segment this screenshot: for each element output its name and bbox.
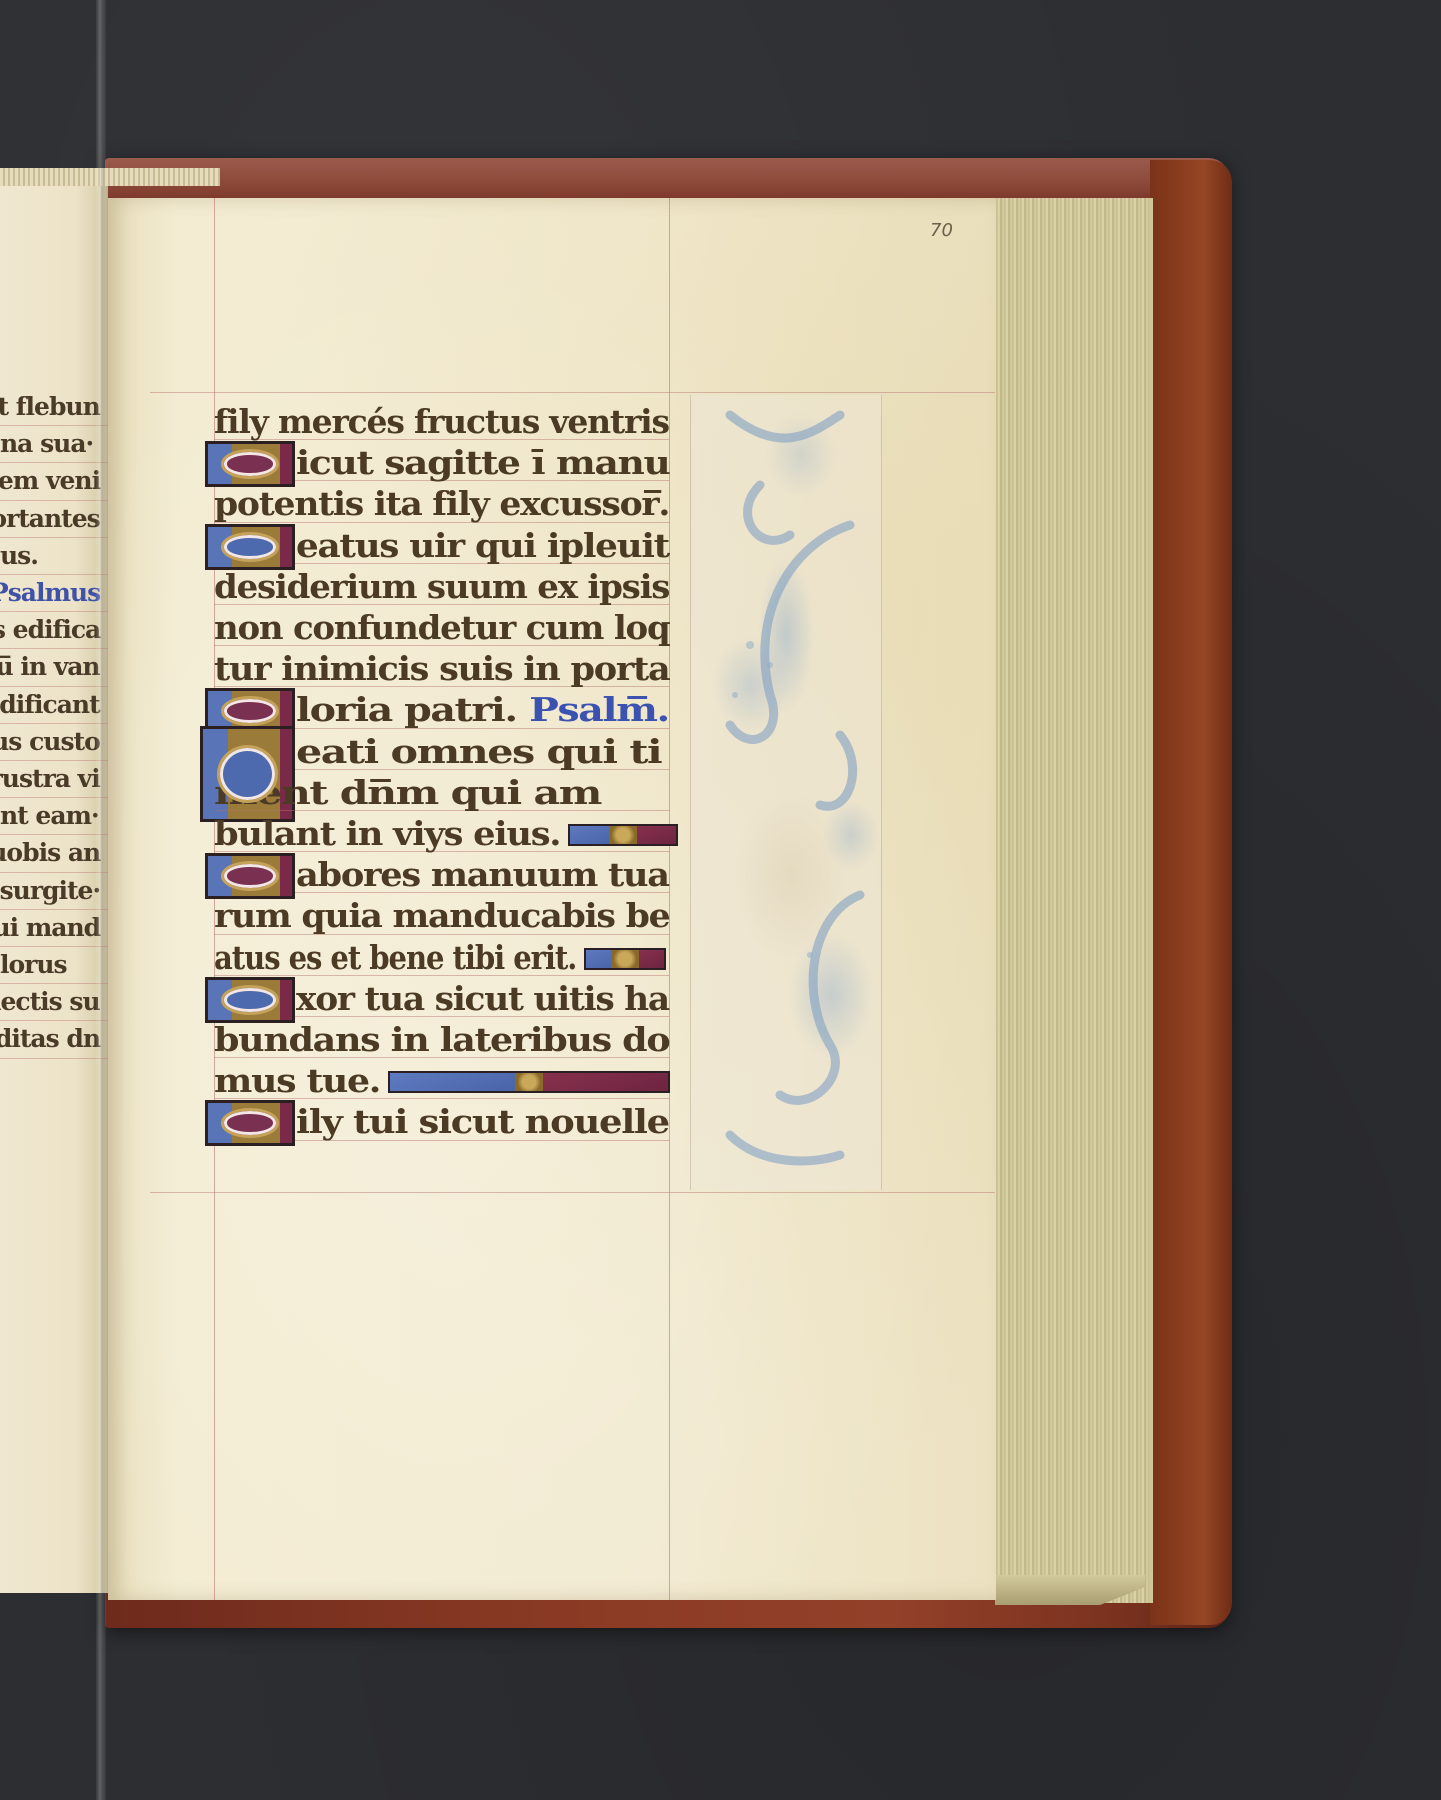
text-line-content: eatus uir qui ipleuit [296, 526, 669, 565]
text-line-content: non confundetur cum loq [214, 608, 669, 647]
text-line: eati omnes qui ti [296, 732, 661, 771]
filler-gold-boss [609, 826, 637, 844]
verso-ruling-line [0, 574, 108, 575]
page-stack-edge [995, 198, 1153, 1603]
text-line-content: xor tua sicut uitis ha [296, 979, 669, 1018]
text-line: abores manuum tua [296, 855, 669, 894]
verso-text-line: c portantes [0, 504, 100, 533]
ruling-top [150, 392, 995, 393]
verso-text-line: na sua· [0, 429, 93, 458]
binding-top-edge [105, 158, 1230, 198]
verso-text-line: t uobis an [0, 838, 100, 867]
verso-text-line: ant et flebun [0, 392, 100, 421]
initial-bowl [221, 696, 279, 725]
illuminated-initial-f [205, 1100, 295, 1146]
verso-ruling-line [0, 537, 108, 538]
text-line-content: atus es et bene tibi erit. [214, 938, 576, 977]
verso-text-line: us. [0, 541, 38, 570]
binding-fore-edge [1150, 160, 1232, 1625]
verso-text-line: ui edificant [0, 690, 100, 719]
verso-text-line: nt eam· [0, 801, 99, 830]
verso-text-line: ntus edifica [0, 615, 100, 644]
line-filler-ornament [568, 824, 678, 846]
text-line-content: loria patri. [296, 690, 517, 729]
verso-ruling-line [0, 723, 108, 724]
initial-bowl [221, 532, 279, 561]
text-line: mus tue. [214, 1061, 380, 1100]
text-line: bulant in viys eius. [214, 814, 560, 853]
folio-number: 70 [930, 220, 953, 241]
text-line: tur inimicis suis in porta [214, 649, 669, 688]
text-line: desiderium suum ex ipsis [214, 567, 669, 606]
text-line: fily mercés fructus ventris [214, 402, 669, 441]
verso-ruling-line [0, 686, 108, 687]
verso-headband [0, 168, 220, 186]
illuminated-initial-l [205, 853, 295, 899]
verso-ruling-line [0, 834, 108, 835]
illuminated-initial-b [205, 524, 295, 570]
initial-bowl [221, 449, 279, 478]
verso-ruling-line [0, 462, 108, 463]
filler-gold-boss [611, 950, 639, 968]
filler-red-segment [543, 1073, 668, 1091]
filler-blue-segment [570, 826, 609, 844]
verso-text-line: i. Psalmus [0, 578, 100, 607]
text-line-content: mus tue. [214, 1061, 380, 1100]
initial-bowl [221, 1108, 279, 1137]
verso-ruling-line [0, 1020, 108, 1021]
ruling-bottom [150, 1192, 995, 1193]
filler-blue-segment [586, 950, 611, 968]
rubric-psalm: Psalm̅. [517, 690, 669, 729]
verso-ruling-line [0, 946, 108, 947]
verso-text-line: n frustra vi [0, 764, 100, 793]
verso-text-line: qui mand [0, 913, 100, 942]
text-line-content: bulant in viys eius. [214, 814, 560, 853]
verso-ruling-line [0, 909, 108, 910]
verso-ruling-line [0, 425, 108, 426]
text-line-content: rum quia manducabis be [214, 896, 669, 935]
initial-bowl [217, 745, 278, 803]
text-line: bundans in lateribus do [214, 1020, 669, 1059]
verso-page-fragment: ant et flebunna sua·uutem venic portante… [0, 168, 108, 1593]
text-line: loria patri. Psalm̅. [296, 690, 669, 729]
line-filler-ornament [584, 948, 666, 970]
verso-ruling-line [0, 1058, 108, 1059]
verso-ruling-line [0, 983, 108, 984]
verso-text-line: uutem veni [0, 466, 100, 495]
verso-ruling-line [0, 500, 108, 501]
text-line-content: ily tui sicut nouelle [296, 1102, 669, 1141]
text-line: potentis ita fily excussor̅. [214, 484, 669, 523]
glass-page-holder-rod [96, 0, 106, 1800]
verso-text-line: mu̅ in van [0, 652, 100, 681]
verso-ruling-line [0, 611, 108, 612]
filler-red-segment [639, 950, 664, 968]
text-line: non confundetur cum loq [214, 608, 669, 647]
text-line-content: eati omnes qui ti [296, 732, 661, 771]
acanthus-scroll-icon [690, 395, 880, 1190]
verso-ruling-line [0, 760, 108, 761]
verso-text-line: dilectis su [0, 987, 100, 1016]
text-line-content: icut sagitte ī manu [296, 443, 669, 482]
verso-text-line: minus custo [0, 727, 100, 756]
text-line: rum quia manducabis be [214, 896, 669, 935]
text-line-content: desiderium suum ex ipsis [214, 567, 669, 606]
initial-bowl [221, 985, 279, 1014]
filler-red-segment [637, 826, 676, 844]
verso-ruling-line [0, 872, 108, 873]
verso-ruling-line [0, 797, 108, 798]
illuminated-initial-s [205, 441, 295, 487]
verso-text-line: e surgite· [0, 876, 100, 905]
text-line-content: potentis ita fily excussor̅. [214, 484, 669, 523]
text-line-content: bundans in lateribus do [214, 1020, 669, 1059]
text-line: atus es et bene tibi erit. [214, 938, 576, 977]
text-line: icut sagitte ī manu [296, 443, 669, 482]
text-line-content: abores manuum tua [296, 855, 669, 894]
text-line: xor tua sicut uitis ha [296, 979, 669, 1018]
verso-text-line: lorus [0, 950, 67, 979]
initial-bowl [221, 861, 279, 890]
text-line: eatus uir qui ipleuit [296, 526, 669, 565]
verso-ruling-line [0, 648, 108, 649]
text-line-content: tur inimicis suis in porta [214, 649, 669, 688]
line-filler-ornament [388, 1071, 670, 1093]
text-line-content: fily mercés fructus ventris [214, 402, 669, 441]
filler-gold-boss [515, 1073, 543, 1091]
text-line: ily tui sicut nouelle [296, 1102, 669, 1141]
illuminated-initial-u [205, 977, 295, 1023]
filler-blue-segment [390, 1073, 515, 1091]
verso-text-line: editas dn [0, 1024, 100, 1053]
